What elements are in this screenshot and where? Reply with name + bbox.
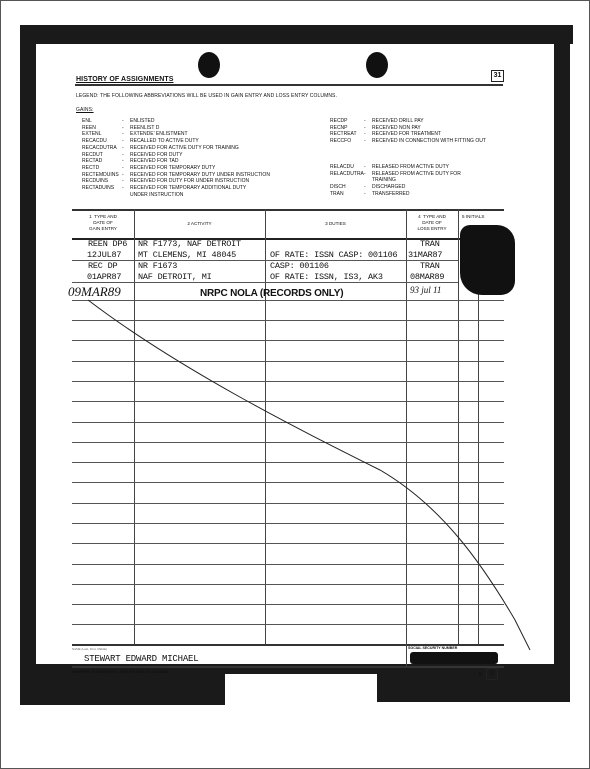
form-number: NAVPERS 1070/605 (REV. 3-80) S/N 0106-LF… (72, 670, 168, 674)
page-prefix: 5 (479, 672, 482, 678)
name-label: NAME (Last, First, Middle) (72, 647, 107, 651)
service-member-name: STEWART EDWARD MICHAEL (84, 654, 198, 664)
ssn-redaction (410, 652, 498, 664)
ssn-label: SOCIAL SECURITY NUMBER (408, 646, 457, 650)
footer-bottom-rule (72, 666, 504, 668)
page-number: 2 (486, 668, 498, 680)
ssn-divider (406, 644, 407, 666)
